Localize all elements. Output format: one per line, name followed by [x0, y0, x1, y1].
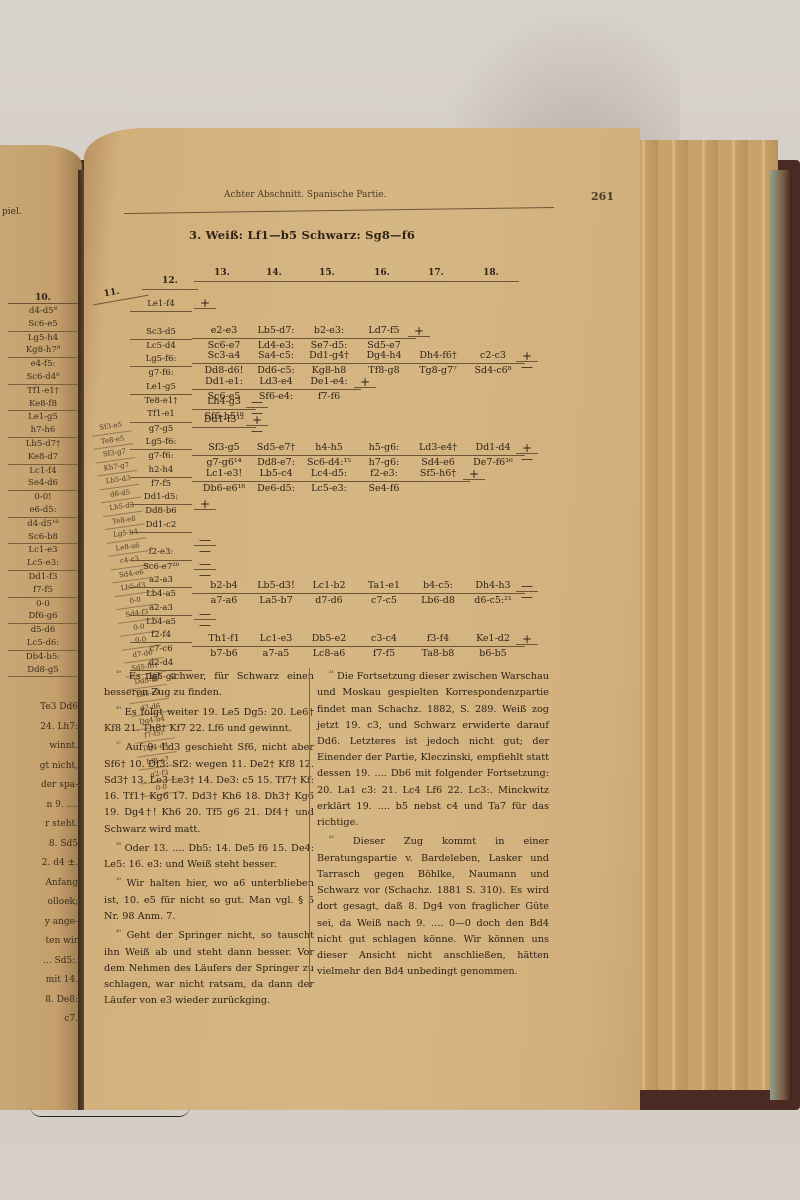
sign-bottom: — — [199, 618, 211, 632]
footnotes-right: ²¹ Die Fortsetzung dieser zwischen Warsc… — [317, 666, 549, 980]
footnote: ²⁰ Geht der Springer nicht, so tauscht i… — [104, 925, 314, 1009]
evaluation-sign: +— — [246, 415, 268, 436]
left-note-fragments: Te3 Dd624. Lh7:winnt.gt nicht,der spa-n … — [0, 698, 78, 1030]
move: Dd1-f3 — [8, 571, 78, 584]
evaluation-sign: + — [463, 469, 485, 480]
footnote-number: ²⁰ — [116, 929, 121, 936]
note-fragment: winnt. — [0, 737, 78, 757]
footnote-text: Geht der Springer nicht, so tauscht ihn … — [104, 930, 314, 1006]
evaluation-sign: +— — [516, 443, 538, 464]
move: Lb4-a5 — [130, 588, 192, 601]
evaluation-sign: —— — [194, 559, 216, 580]
move: Sc6-b8 — [8, 531, 78, 545]
sign-bottom: — — [521, 452, 533, 466]
note-fragment: der spa- — [0, 776, 78, 796]
left-column-10: 10. d4-d5⁸Sc6-e5Lg5-h4Kg8-h7⁹e4-f5:Sc6-d… — [8, 293, 78, 677]
column-header: 18. — [461, 268, 521, 282]
footnote: ²² Dieser Zug kommt in einer Beratungspa… — [317, 831, 549, 980]
sign-top: + — [408, 326, 430, 337]
move: Dd8-g5 — [8, 664, 78, 678]
move: f7-f5 — [8, 584, 78, 598]
sign-top: + — [194, 298, 216, 309]
note-fragment: Anfang — [0, 874, 78, 894]
move: f2-e3: — [130, 546, 192, 560]
note-fragment: 8. De8: — [0, 991, 78, 1011]
move: g7-f6: — [130, 367, 192, 380]
page-number: 261 — [591, 190, 614, 203]
evaluation-sign: + — [194, 298, 216, 309]
note-fragment: n 9. .... — [0, 796, 78, 816]
move: Le1-g5 — [130, 381, 192, 395]
move: Ke8-d7 — [8, 451, 78, 465]
move: Lb5-d7† — [8, 438, 78, 451]
move: 0-0! — [8, 491, 78, 504]
column-header: 14. — [244, 268, 304, 282]
footnote-text: Wir halten hier, wo a6 unterblieben ist,… — [104, 879, 314, 922]
footnote: ¹⁷ Auf 9. Ld3 geschieht Sf6, nicht aber … — [104, 737, 314, 837]
move: Sc3-d5 — [130, 326, 192, 340]
evaluation-sign: —— — [516, 581, 538, 602]
move: d5-d6 — [8, 624, 78, 637]
header-rule — [124, 207, 554, 214]
move: h7-h6 — [8, 424, 78, 438]
sign-top: + — [194, 499, 216, 510]
page-edges — [628, 140, 778, 1090]
column-header: 11. — [91, 285, 133, 306]
right-page: Achter Abschnitt. Spanische Partie. 261 … — [84, 128, 640, 1110]
white-move: De1-e4: — [297, 376, 361, 390]
move: Lc5-d6: — [8, 637, 78, 651]
move: Lc1-e3 — [8, 544, 78, 557]
move: Db4-b5: — [8, 651, 78, 664]
left-page: piel. 10. d4-d5⁸Sc6-e5Lg5-h4Kg8-h7⁹e4-f5… — [0, 145, 82, 1110]
footnote-text: Auf 9. Ld3 geschieht Sf6, nicht aber Sf6… — [104, 743, 314, 835]
evaluation-sign: —— — [194, 609, 216, 630]
move — [130, 312, 192, 325]
footnote-number: ¹⁷ — [116, 741, 121, 748]
move: f7-f5 — [130, 478, 192, 491]
sign-top: + — [463, 469, 485, 480]
move: Lc5-e3: — [8, 557, 78, 571]
opening-table: Sf3-e5Te8-e5Sf3-g7Kh7-g7Lb5-d3d6-d5Lb5-d… — [84, 268, 640, 668]
move: Sc6-e5 — [8, 318, 78, 332]
move: Kg8-h7⁹ — [8, 344, 78, 358]
section-title: 3. Weiß: Lf1—b5 Schwarz: Sg8—f6 — [189, 228, 415, 242]
move: Sc6-d4⁸ — [8, 371, 78, 385]
evaluation-sign: + — [354, 377, 376, 388]
move: Dd8-b6 — [130, 505, 192, 518]
footnote-number: ¹⁸ — [116, 842, 121, 849]
table-cell: Sf5-h6† — [406, 468, 470, 495]
white-move: Sf5-h6† — [406, 468, 470, 482]
sign-bottom: — — [521, 360, 533, 374]
column-header: 16. — [352, 268, 412, 282]
evaluation-sign: + — [516, 634, 538, 645]
column-header: 13. — [192, 268, 252, 282]
move: Lb4-a5 — [130, 616, 192, 629]
footnote: ²⁰ Es folgt weiter 19. Le5 Dg5: 20. Le6†… — [104, 702, 314, 738]
move: Ke8-f8 — [8, 398, 78, 412]
move — [130, 533, 192, 546]
move: a2-a3 — [130, 574, 192, 588]
move: g7-f6: — [130, 450, 192, 463]
move: Lc5-d4 — [130, 340, 192, 353]
note-fragment: ... Sd5:. — [0, 952, 78, 972]
footnote-text: Es folgt weiter 19. Le5 Dg5: 20. Le6† Kf… — [104, 707, 314, 734]
footnote-number: ¹⁹ — [116, 670, 121, 677]
move: Lg5-f6: — [130, 436, 192, 450]
move: Dd1-d5: — [130, 491, 192, 505]
move: d4-d5¹⁸ — [8, 518, 78, 531]
footnote-number: ¹⁹ — [116, 877, 121, 884]
move: Le1-g5 — [8, 411, 78, 424]
move: Te8-e1† — [130, 395, 192, 408]
evaluation-sign: —— — [194, 535, 216, 556]
move: Tf1-e1 — [130, 408, 192, 422]
evaluation-sign: +— — [516, 351, 538, 372]
footnote: ¹⁸ Oder 13. .... Db5: 14. De5 f6 15. De4… — [104, 838, 314, 874]
book-spine-edge — [770, 170, 792, 1100]
footnote-divider — [309, 668, 310, 988]
footnote-text: Oder 13. .... Db5: 14. De5 f6 15. De4: L… — [104, 843, 314, 870]
move: Le1-f4 — [130, 298, 192, 312]
sign-bottom: — — [521, 590, 533, 604]
black-move — [406, 482, 470, 495]
note-fragment: 24. Lh7: — [0, 718, 78, 738]
black-move: b6-b5 — [461, 647, 525, 660]
move: e4-f5: — [8, 358, 78, 371]
move: a2-a3 — [130, 602, 192, 616]
move: g7-g5 — [130, 423, 192, 436]
move: d4-d5⁸ — [8, 305, 78, 318]
sign-bottom: — — [251, 424, 263, 438]
note-fragment: 8. Sd5 — [0, 835, 78, 855]
evaluation-sign: + — [194, 499, 216, 510]
move: h2-h4 — [130, 464, 192, 478]
footnote-text: Es ist schwer, für Schwarz einen bessere… — [104, 671, 314, 698]
table-cell: De1-e4:f7-f6 — [297, 376, 361, 403]
evaluation-sign: + — [408, 326, 430, 337]
note-fragment: mit 14. — [0, 971, 78, 991]
note-fragment: olloek; — [0, 893, 78, 913]
footnote-text: Die Fortsetzung dieser zwischen Warschau… — [317, 671, 549, 828]
move: Sc6-e7²⁰ — [130, 561, 192, 574]
footnote-number: ²⁰ — [116, 706, 121, 713]
footnote: ¹⁹ Wir halten hier, wo a6 unterblieben i… — [104, 873, 314, 925]
table-cell: Ld7-f5Sd5-e7 — [352, 325, 416, 352]
footnote: ²¹ Die Fortsetzung dieser zwischen Warsc… — [317, 666, 549, 831]
bookmark-thread — [30, 1106, 190, 1117]
move: Tf1-e1† — [8, 385, 78, 398]
black-move: f7-f6 — [297, 390, 361, 403]
move: Lc1-f4 — [8, 465, 78, 478]
move: e6-d5: — [8, 504, 78, 518]
sign-bottom: — — [199, 544, 211, 558]
move: Lg5-h4 — [8, 332, 78, 345]
footnote: ¹⁹ Es ist schwer, für Schwarz einen bess… — [104, 666, 314, 702]
column-header: 12. — [140, 276, 200, 290]
note-fragment: c7. — [0, 1010, 78, 1030]
left-running-head: piel. — [2, 207, 22, 217]
column-12: Le1-f4 Sc3-d5Lc5-d4Lg5-f6:g7-f6:Le1-g5Te… — [130, 298, 192, 684]
footnotes-left: ¹⁹ Es ist schwer, für Schwarz einen bess… — [104, 666, 314, 1009]
note-fragment: Te3 Dd6 — [0, 698, 78, 718]
column-header: 10. — [8, 293, 78, 304]
column-header: 17. — [406, 268, 466, 282]
note-fragment: r steht. — [0, 815, 78, 835]
note-fragment: gt nicht, — [0, 757, 78, 777]
footnote-number: ²¹ — [329, 670, 334, 677]
move: c7-c6 — [130, 643, 192, 656]
move: Lg5-f6: — [130, 353, 192, 367]
note-fragment: 2. d4 ±. — [0, 854, 78, 874]
note-fragment: y ange- — [0, 913, 78, 933]
white-move: Ld7-f5 — [352, 325, 416, 339]
sign-top: + — [516, 634, 538, 645]
move: Df6-g6 — [8, 610, 78, 624]
footnote-text: Dieser Zug kommt in einer Beratungsparti… — [317, 837, 549, 978]
move: Se4-d6 — [8, 477, 78, 491]
column-header: 15. — [297, 268, 357, 282]
move: f2-f4 — [130, 629, 192, 643]
move: 0-0 — [8, 598, 78, 611]
footnote-number: ²² — [329, 835, 334, 842]
note-fragment: ten wir — [0, 932, 78, 952]
sign-top: + — [354, 377, 376, 388]
running-head-title: Achter Abschnitt. Spanische Partie. — [224, 190, 386, 200]
move: Dd1-c2 — [130, 519, 192, 533]
